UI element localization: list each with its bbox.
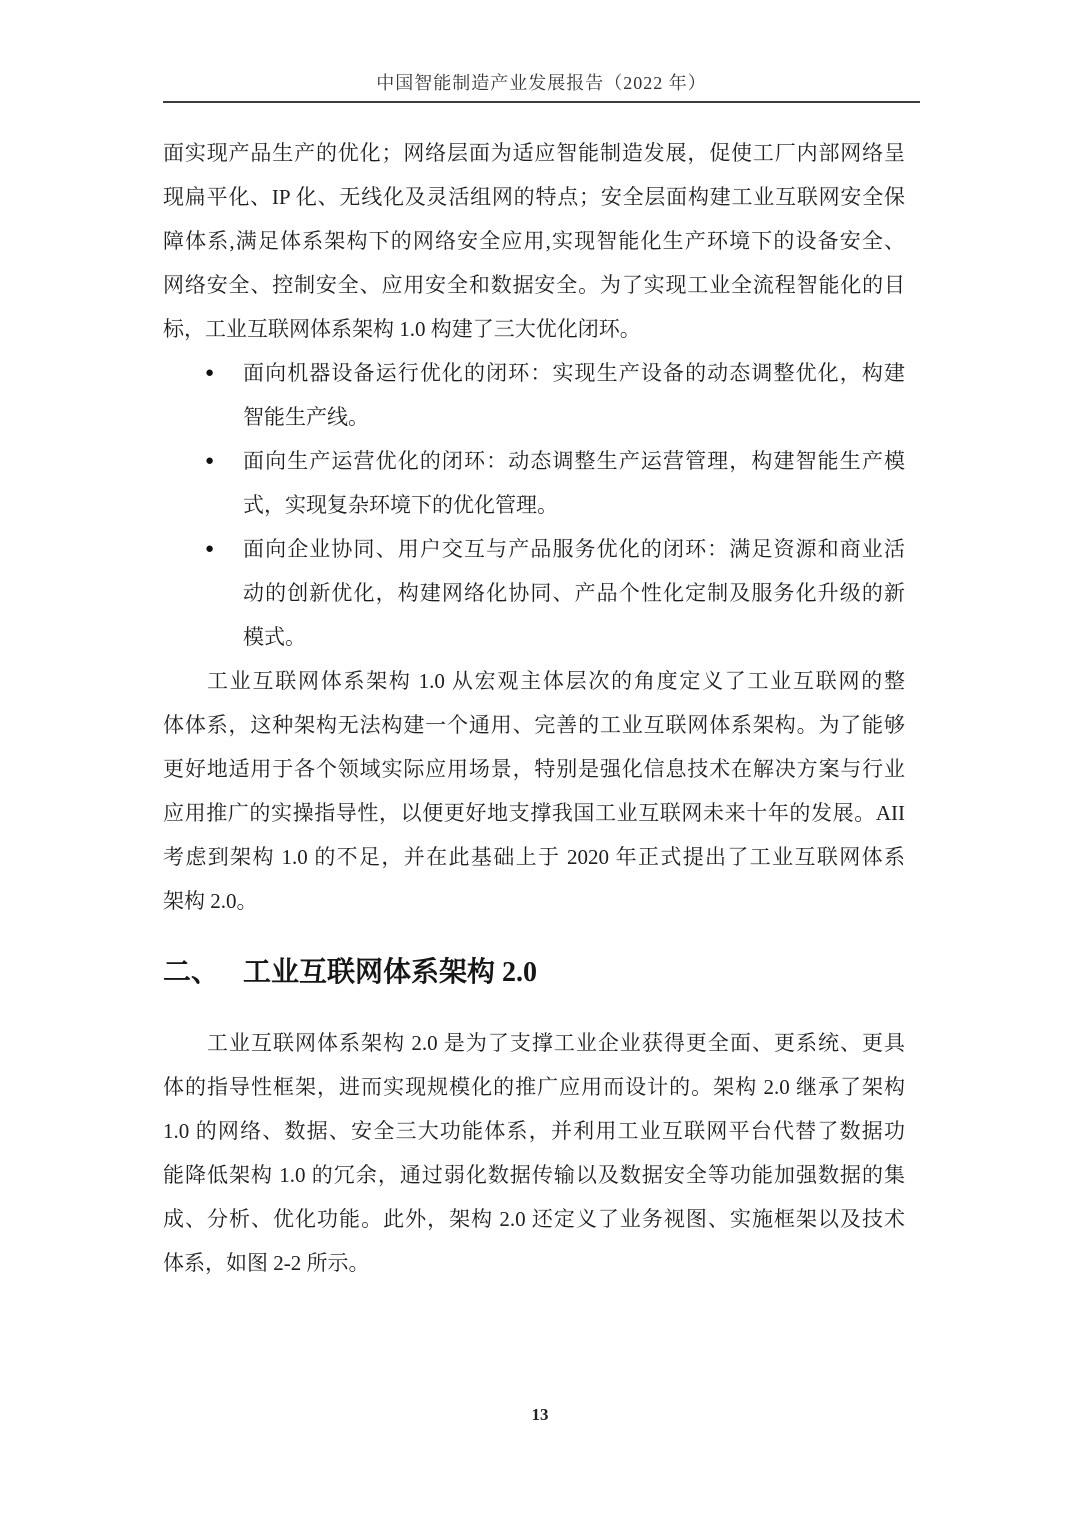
bullet-item: ● 面向机器设备运行优化的闭环：实现生产设备的动态调整优化，构建 智能生产线。 [163,351,905,439]
text-line: 面向生产运营优化的闭环：动态调整生产运营管理，构建智能生产模 [243,439,905,483]
section-heading: 二、工业互联网体系架构 2.0 [163,945,905,1001]
text-line: 成、分析、优化功能。此外，架构 2.0 还定义了业务视图、实施框架以及技术 [163,1197,905,1241]
text-line: 应用推广的实操指导性，以便更好地支撑我国工业互联网未来十年的发展。AII [163,791,905,835]
bullet-item: ● 面向生产运营优化的闭环：动态调整生产运营管理，构建智能生产模 式，实现复杂环… [163,439,905,527]
text-line: 更好地适用于各个领域实际应用场景，特别是强化信息技术在解决方案与行业 [163,747,905,791]
text-line: 式，实现复杂环境下的优化管理。 [243,483,905,527]
text-line: 工业互联网体系架构 1.0 从宏观主体层次的角度定义了工业互联网的整 [163,659,905,703]
bullet-text: 面向机器设备运行优化的闭环：实现生产设备的动态调整优化，构建 智能生产线。 [243,351,905,439]
text-line: 架构 2.0。 [163,879,905,923]
text-line: 智能生产线。 [243,395,905,439]
text-line: 体的指导性框架，进而实现规模化的推广应用而设计的。架构 2.0 继承了架构 [163,1065,905,1109]
page-body: 面实现产品生产的优化；网络层面为适应智能制造发展，促使工厂内部网络呈 现扁平化、… [163,131,905,1285]
section-heading-number: 二、 [163,957,219,988]
text-line: 障体系,满足体系架构下的网络安全应用,实现智能化生产环境下的设备安全、 [163,219,905,263]
paragraph-1: 面实现产品生产的优化；网络层面为适应智能制造发展，促使工厂内部网络呈 现扁平化、… [163,131,905,351]
bullet-text: 面向企业协同、用户交互与产品服务优化的闭环：满足资源和商业活 动的创新优化，构建… [243,527,905,659]
text-line: 能降低架构 1.0 的冗余，通过弱化数据传输以及数据安全等功能加强数据的集 [163,1153,905,1197]
text-line: 考虑到架构 1.0 的不足，并在此基础上于 2020 年正式提出了工业互联网体系 [163,835,905,879]
bullet-item: ● 面向企业协同、用户交互与产品服务优化的闭环：满足资源和商业活 动的创新优化，… [163,527,905,659]
header-rule [163,101,920,103]
text-line: 体系，如图 2-2 所示。 [163,1241,905,1285]
document-page: 中国智能制造产业发展报告（2022 年） 面实现产品生产的优化；网络层面为适应智… [0,0,1080,1527]
section-heading-text: 工业互联网体系架构 2.0 [243,957,537,988]
paragraph-3: 工业互联网体系架构 2.0 是为了支撑工业企业获得更全面、更系统、更具 体的指导… [163,1021,905,1285]
page-number: 13 [532,1405,549,1424]
text-line: 体体系，这种架构无法构建一个通用、完善的工业互联网体系架构。为了能够 [163,703,905,747]
running-header-title: 中国智能制造产业发展报告（2022 年） [163,70,920,96]
bullet-dot-icon: ● [163,439,243,527]
bullet-dot-icon: ● [163,351,243,439]
text-line: 工业互联网体系架构 2.0 是为了支撑工业企业获得更全面、更系统、更具 [163,1021,905,1065]
text-line: 动的创新优化，构建网络化协同、产品个性化定制及服务化升级的新 [243,571,905,615]
paragraph-2: 工业互联网体系架构 1.0 从宏观主体层次的角度定义了工业互联网的整 体体系，这… [163,659,905,923]
text-line: 现扁平化、IP 化、无线化及灵活组网的特点；安全层面构建工业互联网安全保 [163,175,905,219]
text-line: 面向企业协同、用户交互与产品服务优化的闭环：满足资源和商业活 [243,527,905,571]
bullet-dot-icon: ● [163,527,243,659]
text-line: 面实现产品生产的优化；网络层面为适应智能制造发展，促使工厂内部网络呈 [163,131,905,175]
bullet-list: ● 面向机器设备运行优化的闭环：实现生产设备的动态调整优化，构建 智能生产线。 … [163,351,905,659]
bullet-text: 面向生产运营优化的闭环：动态调整生产运营管理，构建智能生产模 式，实现复杂环境下… [243,439,905,527]
text-line: 模式。 [243,615,905,659]
text-line: 标，工业互联网体系架构 1.0 构建了三大优化闭环。 [163,307,905,351]
text-line: 1.0 的网络、数据、安全三大功能体系，并利用工业互联网平台代替了数据功 [163,1109,905,1153]
text-line: 网络安全、控制安全、应用安全和数据安全。为了实现工业全流程智能化的目 [163,263,905,307]
text-line: 面向机器设备运行优化的闭环：实现生产设备的动态调整优化，构建 [243,351,905,395]
page-footer: 13 [0,1403,1080,1427]
